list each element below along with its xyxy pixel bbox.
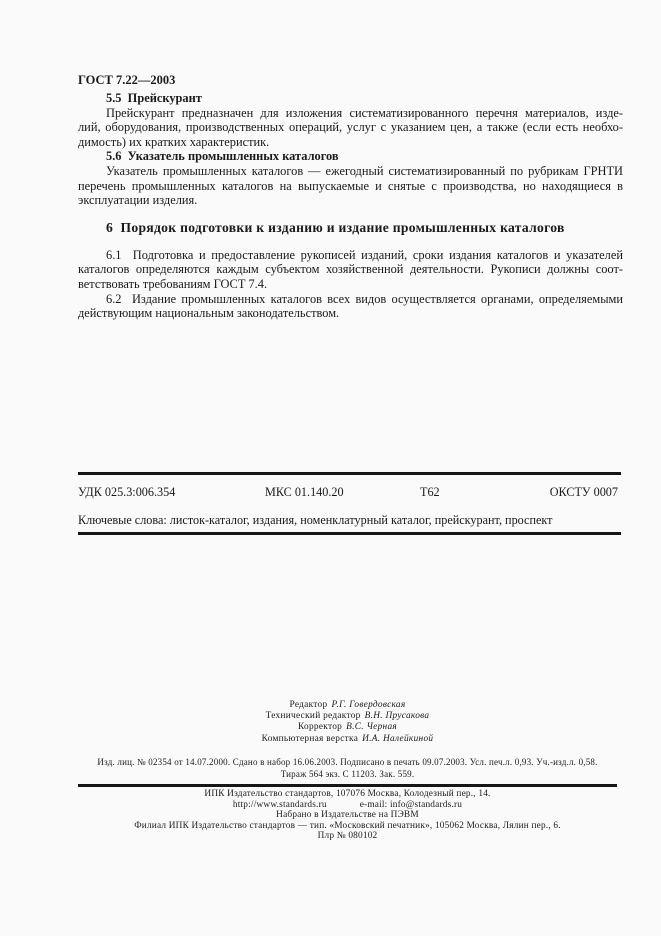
paragraph-6-1-line-1: 6.1 Подготовка и предоставление рукописе… [78, 248, 623, 263]
paragraph-5-5-line-2: лий, оборудования, производственных опер… [78, 120, 623, 135]
horizontal-rule-above-codes [78, 472, 621, 475]
credit-role: Технический редактор [266, 711, 361, 721]
t-code: Т62 [420, 485, 440, 500]
main-text-block: 5.5 Прейскурант Прейскурант предназначен… [78, 91, 623, 321]
udk-code: УДК 025.3:006.354 [78, 485, 175, 500]
publisher-email: e-mail: info@standards.ru [360, 800, 462, 811]
publisher-address-line: ИПК Издательство стандартов, 107076 Моск… [78, 789, 617, 800]
thick-rule-above-publisher [78, 784, 617, 787]
paragraph-6-2-line-2: действующим национальным законодательств… [78, 306, 623, 321]
credit-technical-editor: Технический редакторВ.Н. Прусакова [78, 711, 617, 722]
keywords-line: Ключевые слова: листок-каталог, издания,… [78, 513, 623, 528]
credit-proofreader: КорректорВ.С. Черная [78, 722, 617, 733]
credit-role: Компьютерная верстка [262, 734, 358, 744]
paragraph-5-6-line-2: перечень промышленных каталогов на выпус… [78, 179, 623, 194]
branch-printer-line: Филиал ИПК Издательство стандартов — тип… [78, 821, 617, 832]
paragraph-5-5-line-1: Прейскурант предназначен для изложения с… [78, 106, 623, 121]
credit-editor: РедакторР.Г. Говердовская [78, 700, 617, 711]
credit-name: И.А. Налейкиной [362, 734, 433, 744]
horizontal-rule-below-keywords [78, 532, 621, 535]
editorial-credits-block: РедакторР.Г. Говердовская Технический ре… [78, 700, 617, 745]
typeset-note-line: Набрано в Издательстве на ПЭВМ [78, 810, 617, 821]
section-5-6-heading: 5.6 Указатель промышленных каталогов [78, 149, 623, 164]
credit-role: Корректор [298, 722, 342, 732]
paragraph-5-6-line-3: эксплуатации изделия. [78, 193, 623, 208]
credit-name: В.С. Черная [346, 722, 397, 732]
credit-layout: Компьютерная версткаИ.А. Налейкиной [78, 734, 617, 745]
plr-number-line: Плр № 080102 [78, 831, 617, 842]
publisher-website: http://www.standards.ru [233, 800, 327, 811]
section-6-heading: 6 Порядок подготовки к изданию и издание… [78, 218, 623, 238]
paragraph-6-2-line-1: 6.2 Издание промышленных каталогов всех … [78, 292, 623, 307]
standard-number-header: ГОСТ 7.22—2003 [78, 73, 175, 88]
mks-code: МКС 01.140.20 [265, 485, 344, 500]
imprint-license-line: Изд. лиц. № 02354 от 14.07.2000. Сдано в… [68, 756, 627, 768]
imprint-print-run-line: Тираж 564 экз. С 11203. Зак. 559. [68, 768, 627, 780]
paragraph-6-1-line-2: каталогов определяются каждым субъектом … [78, 262, 623, 277]
document-page: ГОСТ 7.22—2003 5.5 Прейскурант Прейскура… [0, 0, 661, 936]
credit-name: В.Н. Прусакова [365, 711, 430, 721]
publisher-block: ИПК Издательство стандартов, 107076 Моск… [78, 789, 617, 842]
print-imprint-block: Изд. лиц. № 02354 от 14.07.2000. Сдано в… [68, 756, 627, 780]
publisher-contacts-row: http://www.standards.ru e-mail: info@sta… [78, 800, 617, 811]
okstu-code: ОКСТУ 0007 [550, 485, 618, 500]
paragraph-5-5-line-3: димость) их кратких характеристик. [78, 135, 623, 150]
classification-codes-row: УДК 025.3:006.354 МКС 01.140.20 Т62 ОКСТ… [78, 485, 621, 500]
paragraph-5-6-line-1: Указатель промышленных каталогов — ежего… [78, 164, 623, 179]
paragraph-6-1-line-3: ветствовать требованиям ГОСТ 7.4. [78, 277, 623, 292]
credit-role: Редактор [290, 700, 328, 710]
section-5-5-heading: 5.5 Прейскурант [78, 91, 623, 106]
credit-name: Р.Г. Говердовская [331, 700, 405, 710]
